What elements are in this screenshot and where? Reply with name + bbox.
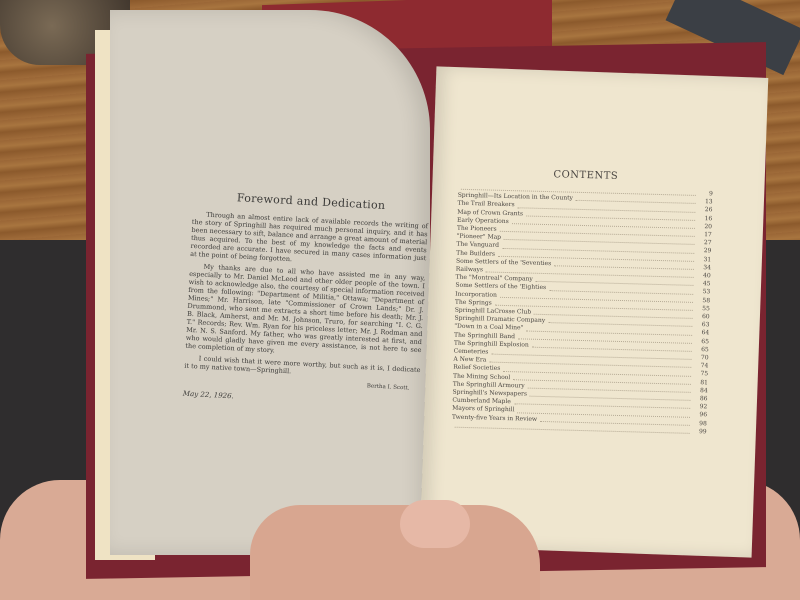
contents-list: 9Springhill—Its Location in the County13… xyxy=(452,184,713,437)
foreword-paragraph: Through an almost entire lack of availab… xyxy=(190,210,428,270)
hand xyxy=(250,505,540,600)
foreword-paragraph: My thanks are due to all who have assist… xyxy=(185,262,425,362)
entry-page: 99 xyxy=(693,428,707,437)
contents-section: CONTENTS 9Springhill—Its Location in the… xyxy=(452,167,714,437)
foreword-section: Foreword and Dedication Through an almos… xyxy=(183,189,430,410)
thumb xyxy=(400,500,470,548)
